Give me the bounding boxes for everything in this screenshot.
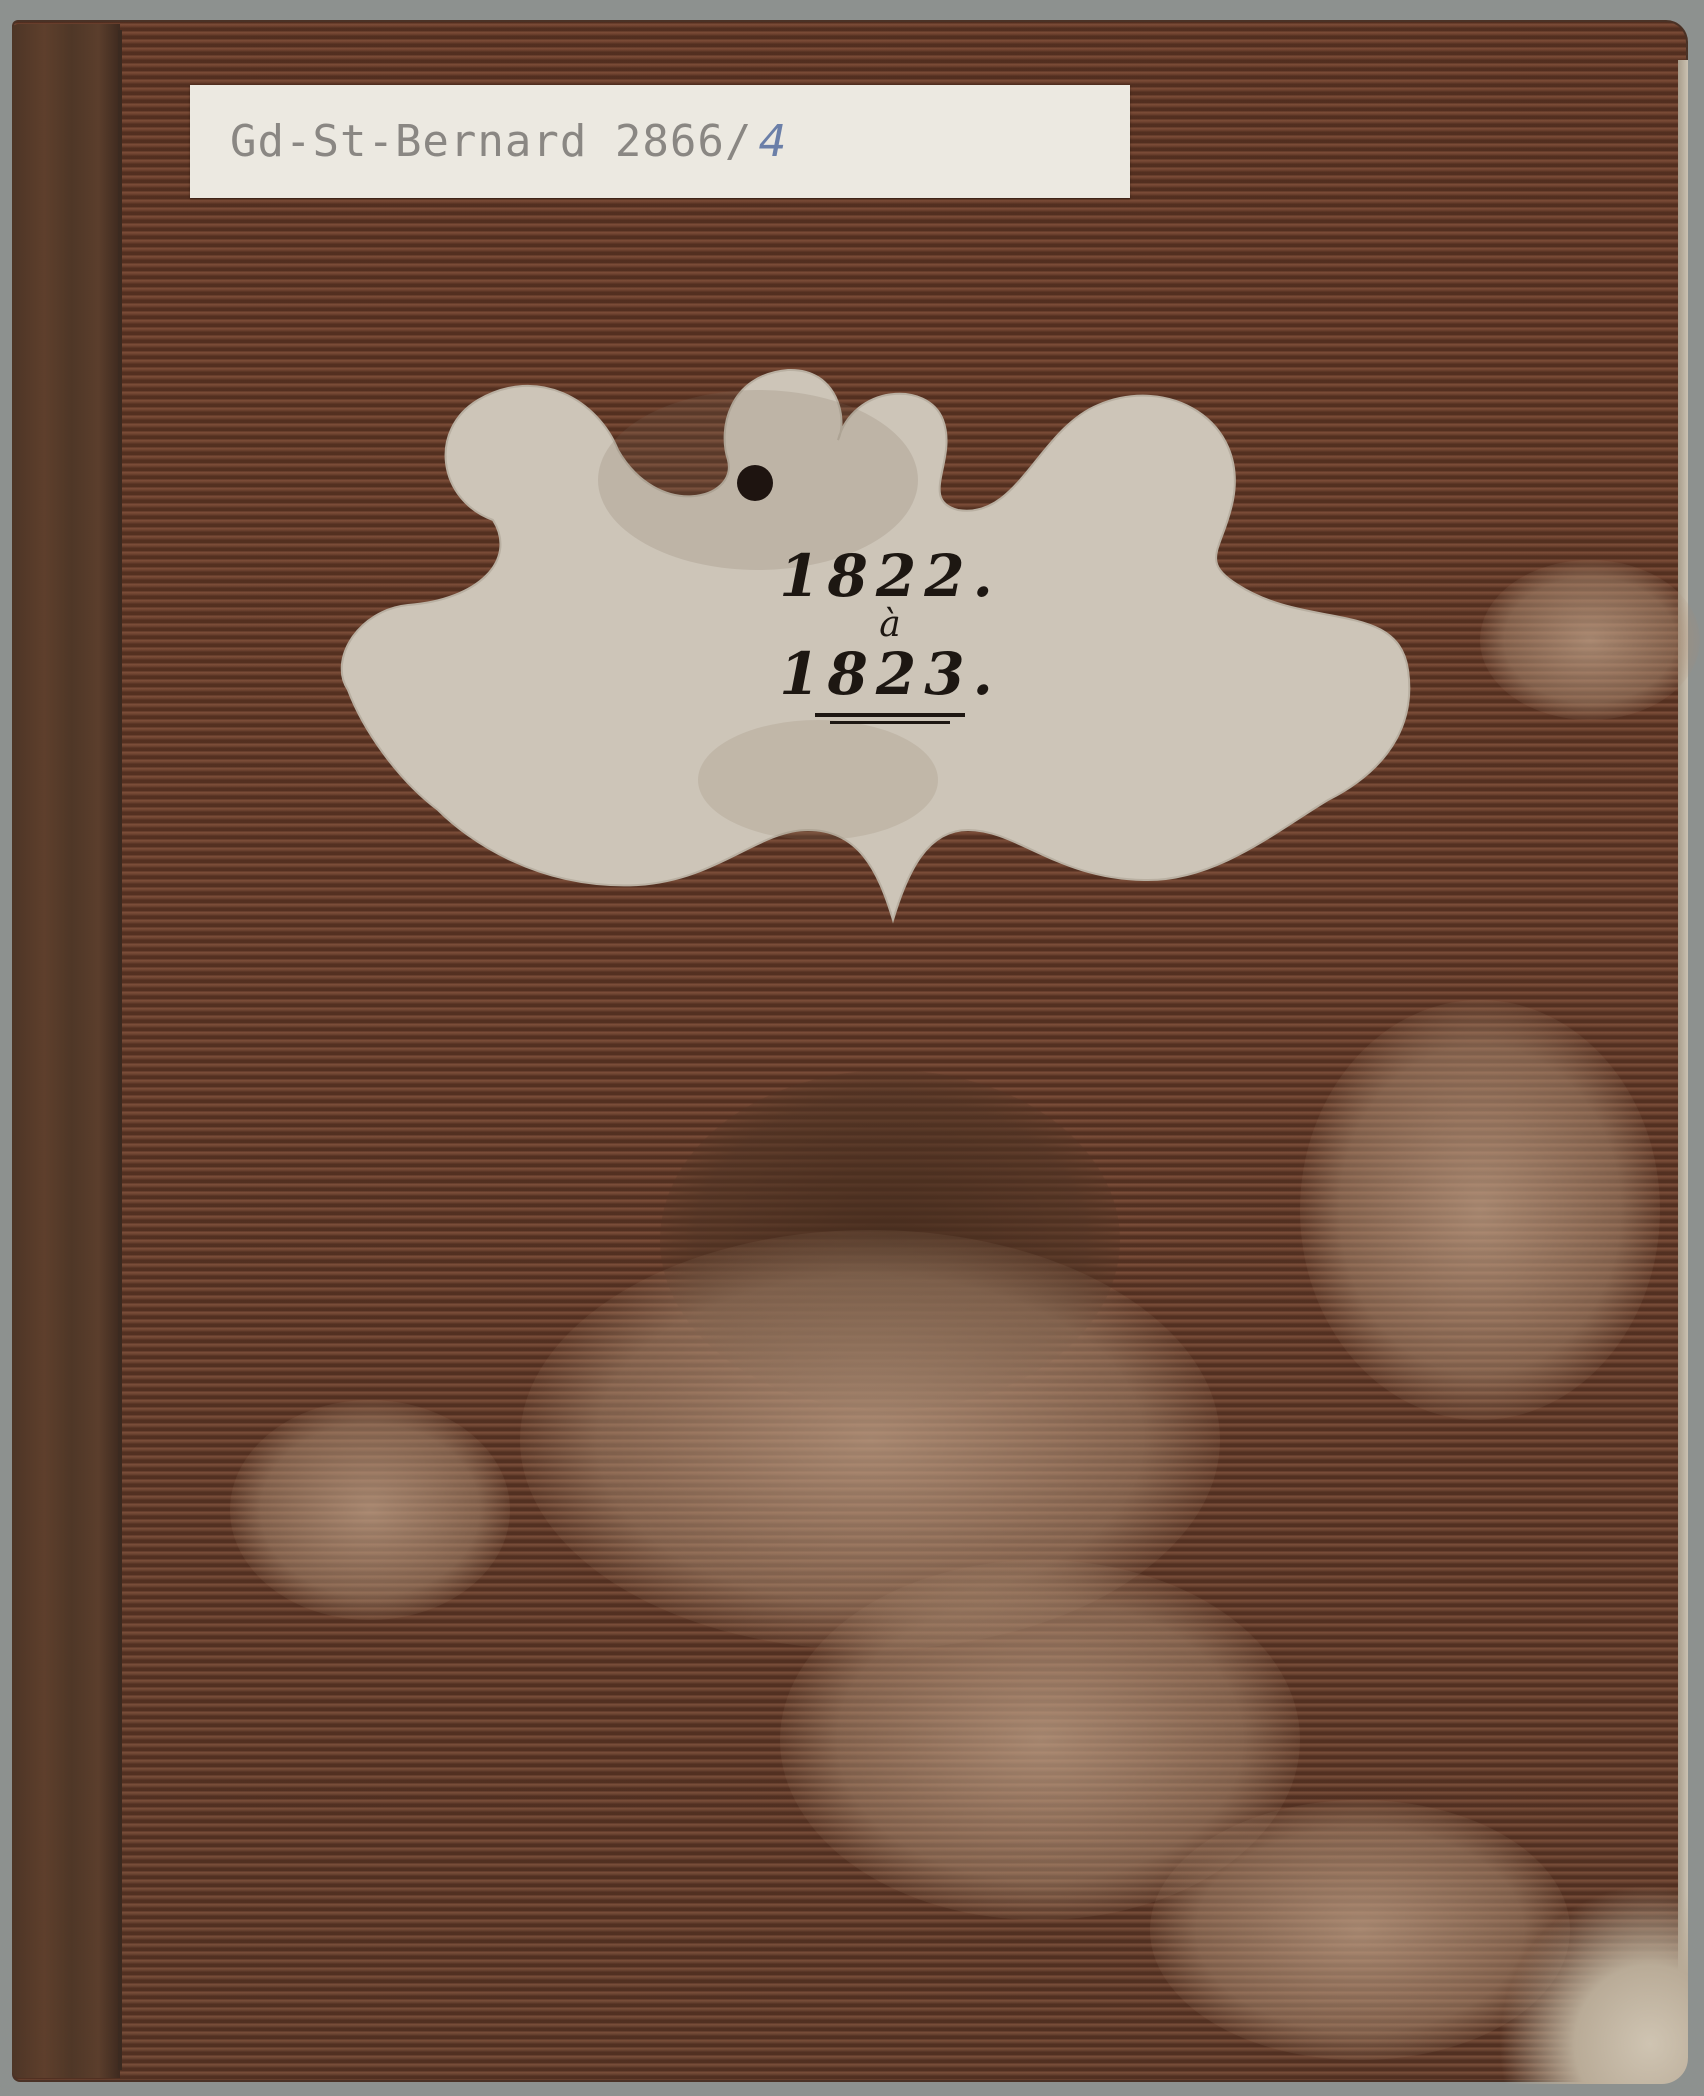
water-stain — [1480, 560, 1700, 720]
year-start: 1822. — [760, 545, 1020, 607]
date-range: 1822. à 1823. — [760, 545, 1020, 728]
shelf-mark-label: Gd-St-Bernard 2866/ 4 — [190, 85, 1130, 198]
book-spine — [12, 24, 120, 2078]
shelf-mark-text: Gd-St-Bernard 2866/ — [230, 116, 752, 167]
double-underline — [815, 713, 965, 717]
water-stain — [230, 1400, 510, 1620]
spine-edge — [118, 30, 122, 2070]
shelf-mark-volume: 4 — [758, 116, 786, 167]
page-edges — [1678, 60, 1688, 2040]
year-conjunction: à — [760, 607, 1020, 643]
worn-corner — [1498, 1884, 1688, 2084]
double-underline — [830, 721, 950, 724]
ink-blot — [737, 465, 773, 501]
year-end: 1823. — [760, 643, 1020, 705]
water-stain — [1300, 1000, 1660, 1420]
